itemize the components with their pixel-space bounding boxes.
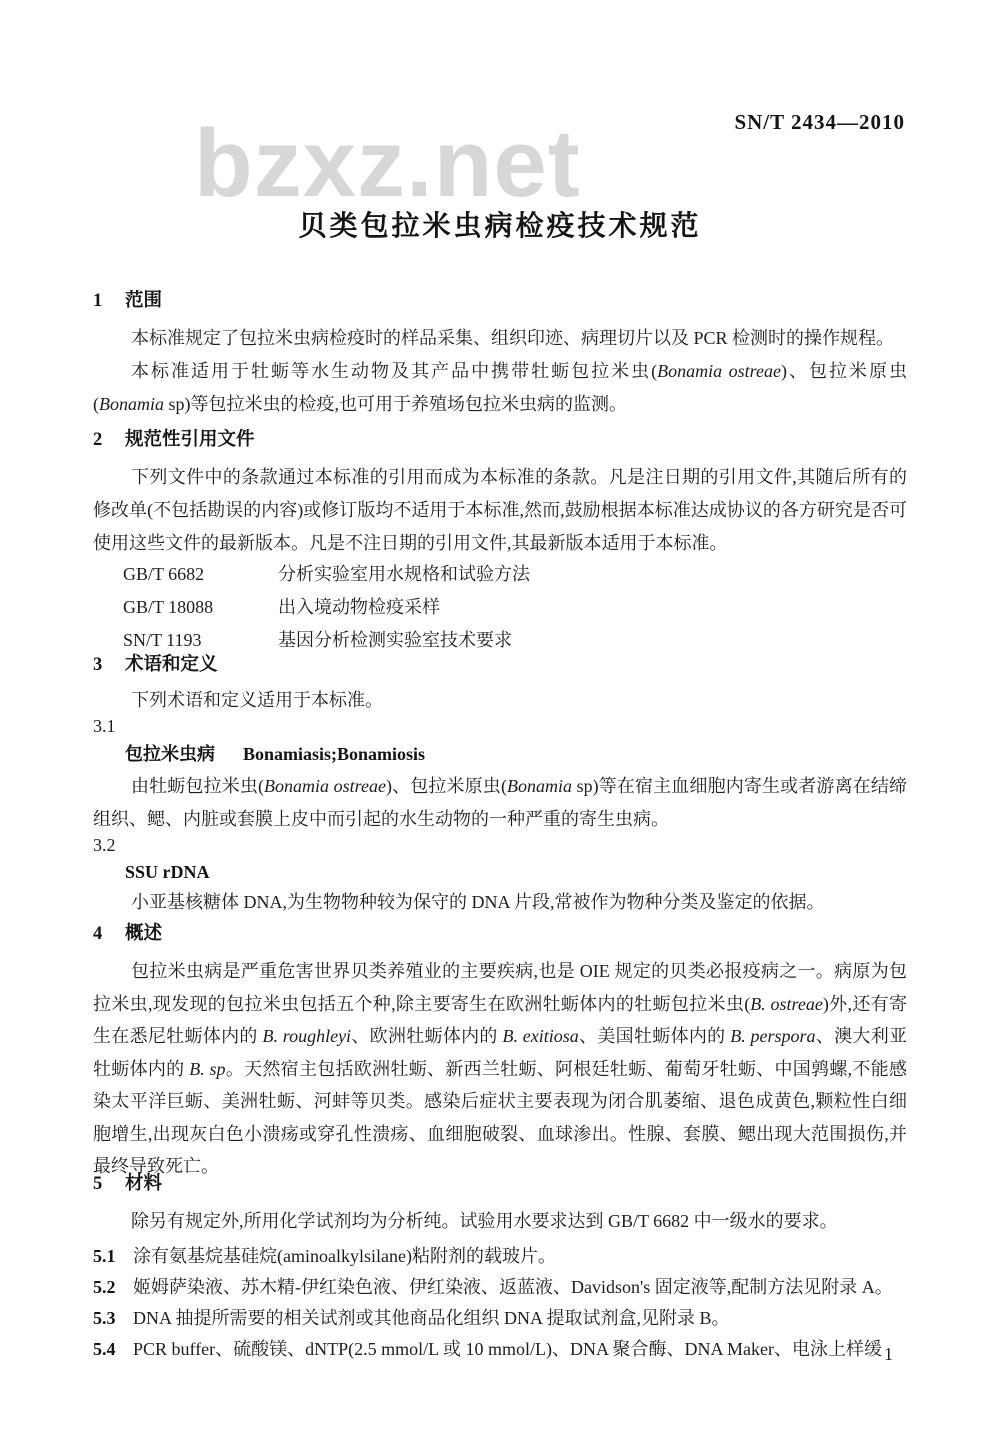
clause-number: 5.2 <box>93 1272 133 1303</box>
list-item: 5.4PCR buffer、硫酸镁、dNTP(2.5 mmol/L 或 10 m… <box>93 1334 907 1365</box>
term-definition: 小亚基核糖体 DNA,为生物物种较为保守的 DNA 片段,常被作为物种分类及鉴定… <box>93 886 907 919</box>
materials-list: 5.1涂有氨基烷基硅烷(aminoalkylsilane)粘附剂的载玻片。 5.… <box>93 1241 907 1365</box>
clause-number: 5.1 <box>93 1241 133 1272</box>
section-number: 3 <box>93 649 125 682</box>
section-heading-normative-references: 2规范性引用文件 <box>93 424 907 457</box>
paragraph: 本标准适用于牡蛎等水生动物及其产品中携带牡蛎包拉米虫(Bonamia ostre… <box>93 355 907 421</box>
clause-text: PCR buffer、硫酸镁、dNTP(2.5 mmol/L 或 10 mmol… <box>133 1334 907 1365</box>
clause-number: 5.4 <box>93 1334 133 1365</box>
clause-text: 涂有氨基烷基硅烷(aminoalkylsilane)粘附剂的载玻片。 <box>133 1241 907 1272</box>
list-item: 5.3DNA 抽提所需要的相关试剂或其他商品化组织 DNA 提取试剂盒,见附录 … <box>93 1303 907 1334</box>
clause-text: DNA 抽提所需要的相关试剂或其他商品化组织 DNA 提取试剂盒,见附录 B。 <box>133 1303 907 1334</box>
term-entry: SSU rDNA <box>93 858 907 886</box>
section-heading-terms-definitions: 3术语和定义 <box>93 649 907 682</box>
section-title: 规范性引用文件 <box>125 430 255 450</box>
section-number: 5 <box>93 1168 125 1201</box>
normative-references-list: GB/T 6682分析实验室用水规格和试验方法 GB/T 18088出入境动物检… <box>93 558 907 657</box>
list-item: 5.2姬姆萨染液、苏木精-伊红染色液、伊红染液、返蓝液、Davidson's 固… <box>93 1272 907 1303</box>
page-number: 1 <box>884 1344 893 1365</box>
paragraph: 除另有规定外,所用化学试剂均为分析纯。试验用水要求达到 GB/T 6682 中一… <box>93 1205 907 1238</box>
term-entry: 包拉米虫病Bonamiasis;Bonamiosis <box>93 740 907 768</box>
section-title: 概述 <box>125 924 162 944</box>
term-english: Bonamiasis;Bonamiosis <box>243 744 425 764</box>
term-chinese: 包拉米虫病 <box>125 744 215 764</box>
list-item: 5.1涂有氨基烷基硅烷(aminoalkylsilane)粘附剂的载玻片。 <box>93 1241 907 1272</box>
paragraph: 下列文件中的条款通过本标准的引用而成为本标准的条款。凡是注日期的引用文件,其随后… <box>93 461 907 560</box>
clause-text: 姬姆萨染液、苏木精-伊红染色液、伊红染液、返蓝液、Davidson's 固定液等… <box>133 1272 907 1303</box>
standard-number: SN/T 2434—2010 <box>734 110 905 135</box>
section-number: 2 <box>93 424 125 457</box>
document-title: 贝类包拉米虫病检疫技术规范 <box>0 204 1000 244</box>
section-title: 术语和定义 <box>125 655 218 675</box>
clause-number: 5.3 <box>93 1303 133 1334</box>
reference-title: 基因分析检测实验室技术要求 <box>278 630 512 650</box>
section-heading-scope: 1范围 <box>93 285 907 318</box>
reference-item: GB/T 6682分析实验室用水规格和试验方法 <box>123 558 907 591</box>
term-chinese: SSU rDNA <box>125 862 210 882</box>
reference-item: GB/T 18088出入境动物检疫采样 <box>123 591 907 624</box>
paragraph: 本标准规定了包拉米虫病检疫时的样品采集、组织印迹、病理切片以及 PCR 检测时的… <box>93 322 907 355</box>
section-heading-overview: 4概述 <box>93 918 907 951</box>
clause-number: 3.1 <box>93 712 907 740</box>
section-title: 范围 <box>125 291 162 311</box>
watermark-text: bzxz.net <box>194 116 581 212</box>
section-number: 4 <box>93 918 125 951</box>
reference-title: 出入境动物检疫采样 <box>278 597 440 617</box>
section-number: 1 <box>93 285 125 318</box>
scanned-standard-page: SN/T 2434—2010 bzxz.net 贝类包拉米虫病检疫技术规范 1范… <box>0 0 1000 1434</box>
paragraph: 包拉米虫病是严重危害世界贝类养殖业的主要疾病,也是 OIE 规定的贝类必报疫病之… <box>93 955 907 1183</box>
term-definition: 由牡蛎包拉米虫(Bonamia ostreae)、包拉米原虫(Bonamia s… <box>93 770 907 836</box>
clause-number: 3.2 <box>93 831 907 859</box>
reference-code: GB/T 18088 <box>123 591 278 624</box>
reference-title: 分析实验室用水规格和试验方法 <box>278 564 530 584</box>
section-title: 材料 <box>125 1174 162 1194</box>
section-heading-materials: 5材料 <box>93 1168 907 1201</box>
reference-code: GB/T 6682 <box>123 558 278 591</box>
